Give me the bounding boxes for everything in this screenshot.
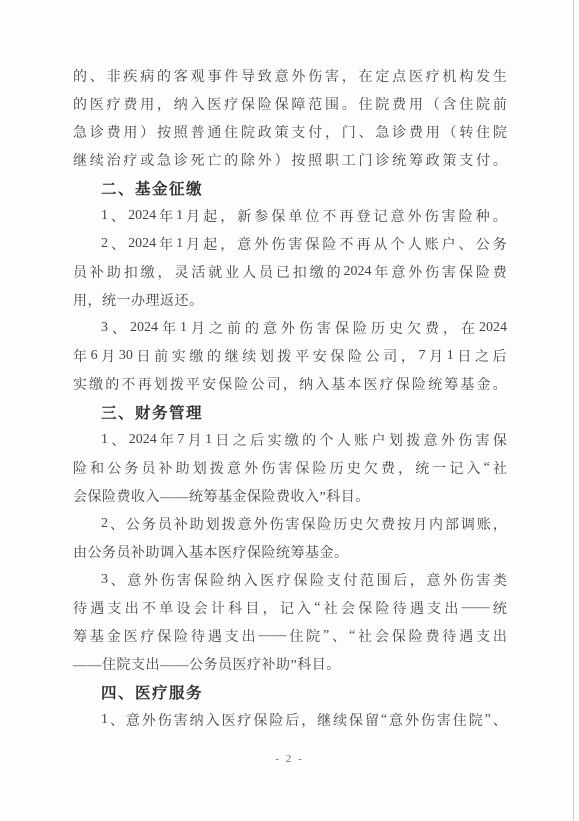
text-line: 1、意外伤害纳入医疗保险后，继续保留“意外伤害住院”、: [73, 706, 507, 734]
text-line: 1、2024年7月1日之后实缴的个人账户划拨意外伤害保: [73, 426, 507, 454]
page-number: - 2 -: [0, 753, 579, 765]
text-line: 的、非疾病的客观事件导致意外伤害，在定点医疗机构发生: [73, 62, 507, 90]
document-page: 的、非疾病的客观事件导致意外伤害，在定点医疗机构发生的医疗费用，纳入医疗保险保障…: [0, 0, 579, 821]
text-line: 用，统一办理返还。: [73, 286, 507, 314]
document-body: 的、非疾病的客观事件导致意外伤害，在定点医疗机构发生的医疗费用，纳入医疗保险保障…: [73, 62, 507, 734]
text-line: 继续治疗或急诊死亡的除外）按照职工门诊统筹政策支付。: [73, 146, 507, 174]
text-line: 由公务员补助调入基本医疗保险统筹基金。: [73, 538, 507, 566]
text-line: 险和公务员补助划拨意外伤害保险历史欠费，统一记入“社: [73, 454, 507, 482]
text-line: 2、2024年1月起，意外伤害保险不再从个人账户、公务: [73, 230, 507, 258]
section-heading: 四、医疗服务: [73, 678, 507, 706]
text-line: ——住院支出——公务员医疗补助”科目。: [73, 650, 507, 678]
section-heading: 二、基金征缴: [73, 174, 507, 202]
text-line: 急诊费用）按照普通住院政策支付，门、急诊费用（转住院: [73, 118, 507, 146]
text-line: 筹基金医疗保险待遇支出——住院”、“社会保险费待遇支出: [73, 622, 507, 650]
text-line: 2、公务员补助划拨意外伤害保险历史欠费按月内部调账，: [73, 510, 507, 538]
text-line: 1、2024年1月起，新参保单位不再登记意外伤害险种。: [73, 202, 507, 230]
text-line: 员补助扣缴，灵活就业人员已扣缴的2024年意外伤害保险费: [73, 258, 507, 286]
text-line: 待遇支出不单设会计科目，记入“社会保险待遇支出——统: [73, 594, 507, 622]
text-line: 3、意外伤害保险纳入医疗保险支付范围后，意外伤害类: [73, 566, 507, 594]
text-line: 实缴的不再划拨平安保险公司，纳入基本医疗保险统筹基金。: [73, 370, 507, 398]
section-heading: 三、财务管理: [73, 398, 507, 426]
text-line: 会保险费收入——统筹基金保险费收入”科目。: [73, 482, 507, 510]
text-line: 年6月30日前实缴的继续划拨平安保险公司，7月1日之后: [73, 342, 507, 370]
text-line: 的医疗费用，纳入医疗保险保障范围。住院费用（含住院前: [73, 90, 507, 118]
scan-edge-line: [573, 0, 574, 821]
text-line: 3、2024年1月之前的意外伤害保险历史欠费，在2024: [73, 314, 507, 342]
